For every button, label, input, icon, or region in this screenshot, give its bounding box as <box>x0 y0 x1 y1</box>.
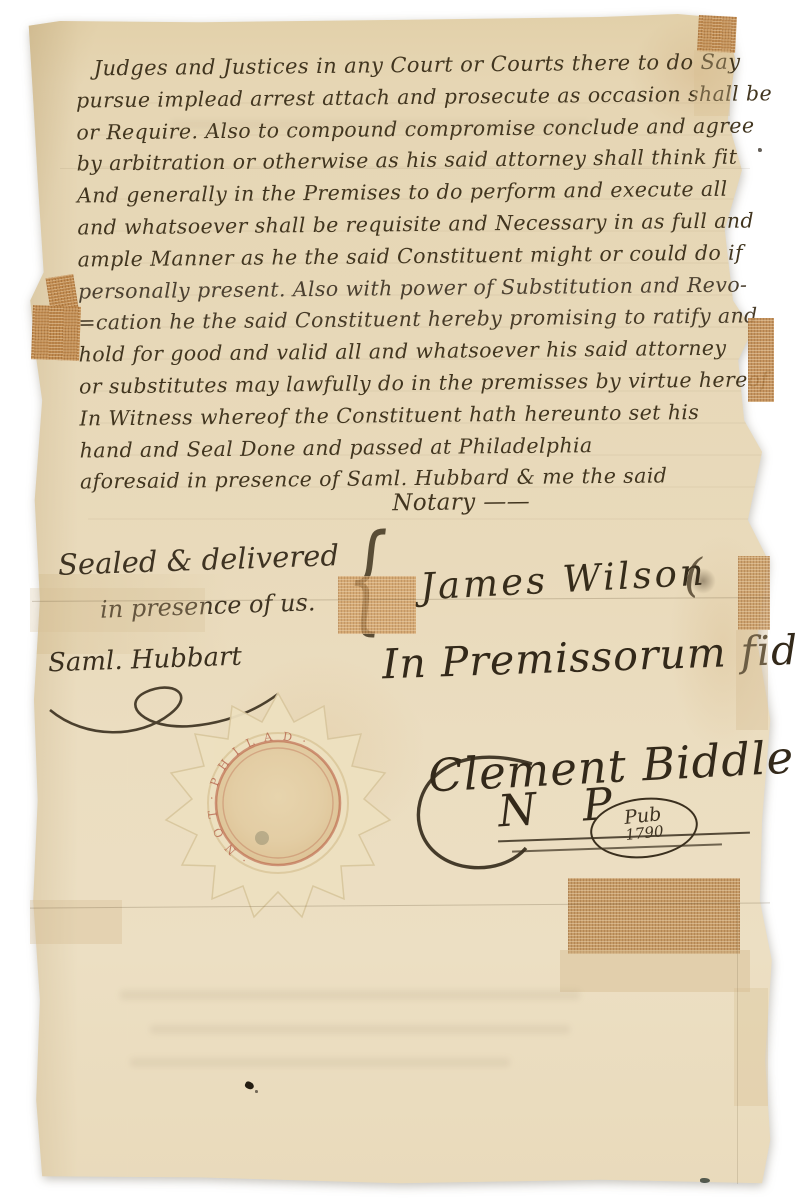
ink-speck <box>700 1178 710 1183</box>
stain <box>18 14 78 1188</box>
verso-show-through <box>120 990 580 1000</box>
verso-show-through <box>150 1025 570 1034</box>
verso-show-through <box>130 1058 510 1067</box>
ink-speck <box>758 148 762 152</box>
verso-show-through <box>170 120 590 129</box>
brace-flourish: { <box>347 508 388 646</box>
wilson-seal-mark: ( <box>684 548 702 602</box>
manuscript-body: Judges and Justices in any Court or Cour… <box>76 46 753 523</box>
ink-speck <box>255 1090 258 1093</box>
embossed-notary-seal: · N O T · P H I L A D · <box>158 688 398 918</box>
